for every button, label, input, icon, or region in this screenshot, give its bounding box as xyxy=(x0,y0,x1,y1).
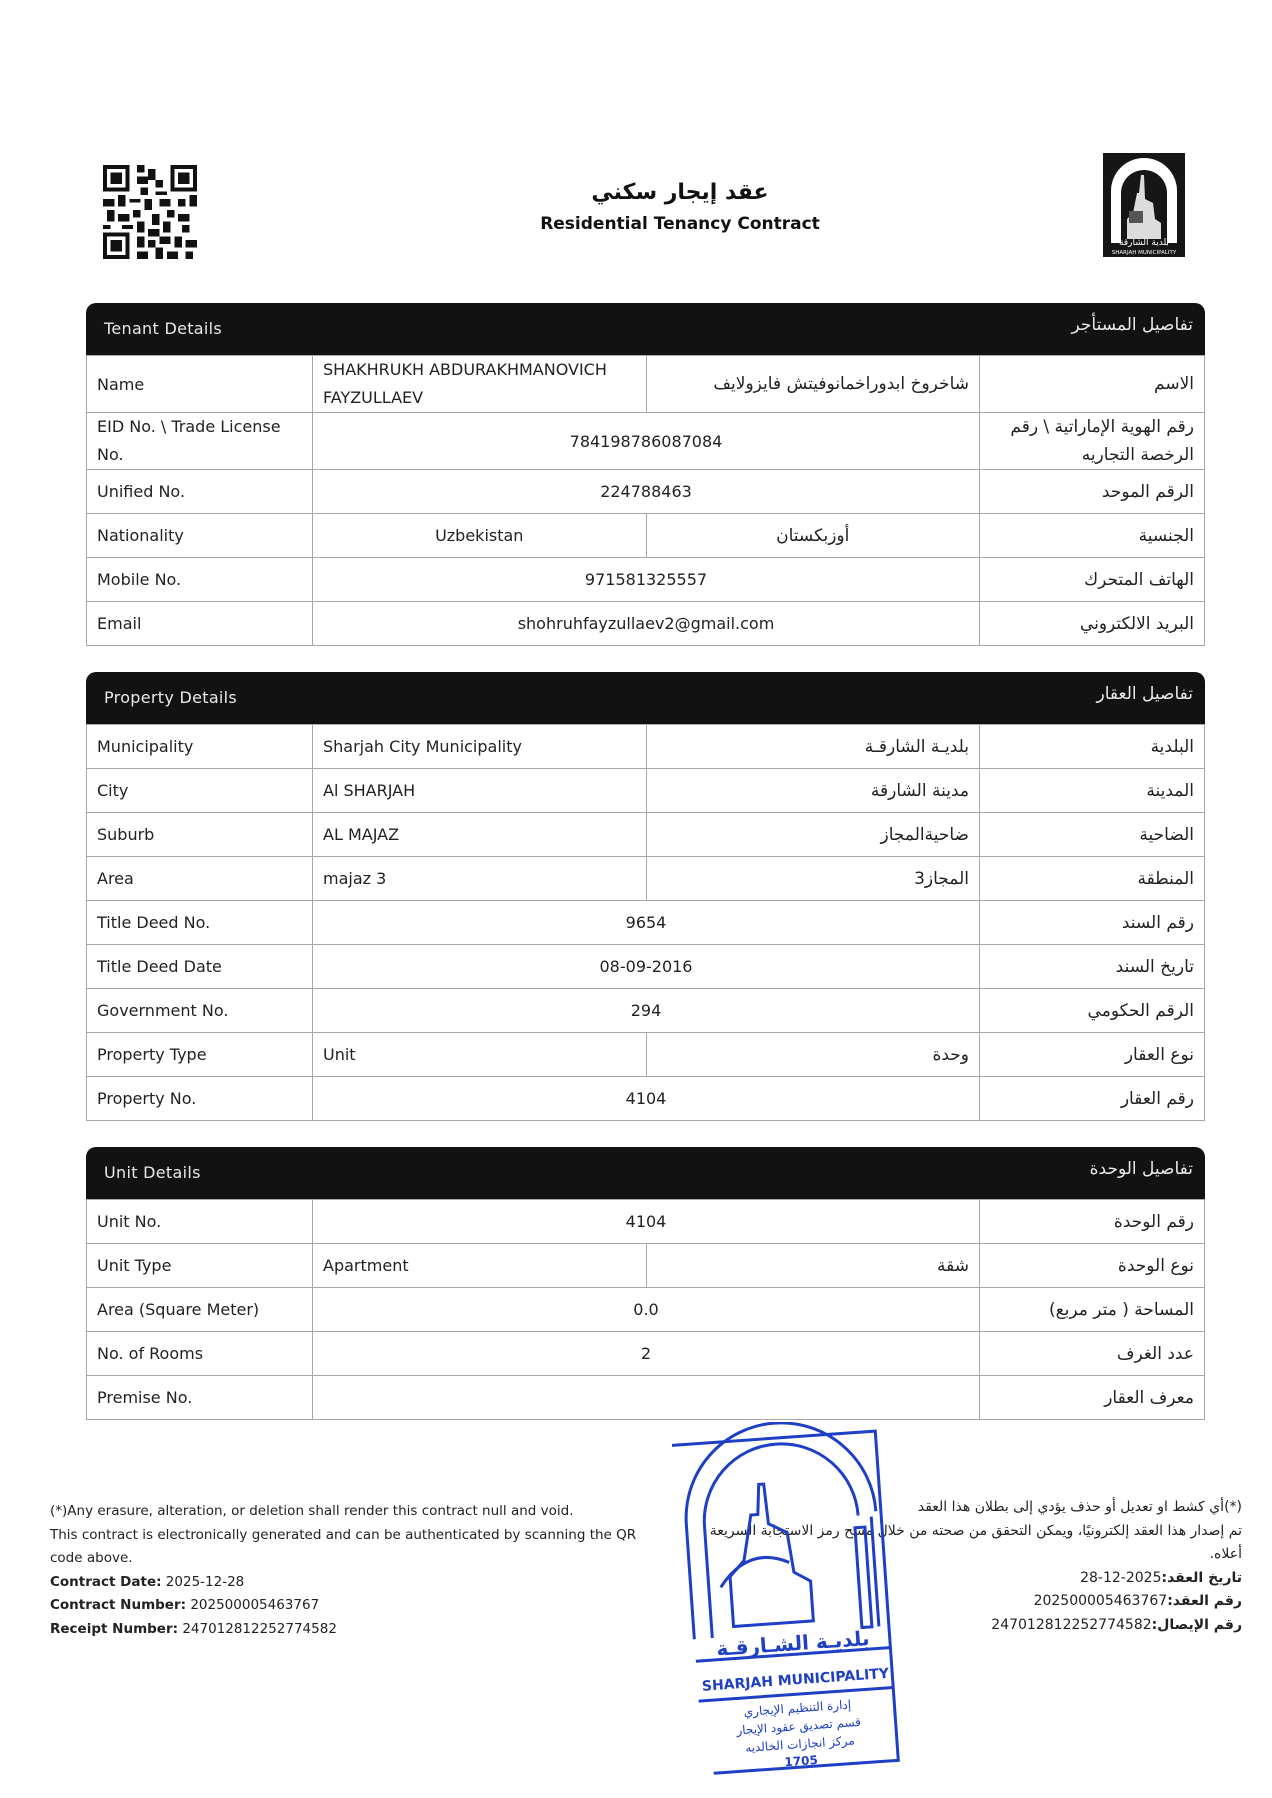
receipt-number-label-arabic: رقم الإيصال: xyxy=(1152,1617,1242,1633)
qr-code-icon xyxy=(103,165,197,259)
table-row: Property No. 4104 رقم العقار xyxy=(87,1077,1205,1121)
row-label-arabic: الاسم xyxy=(980,356,1205,413)
contract-date-value: 2025-12-28 xyxy=(166,1574,244,1590)
table-row: Municipality Sharjah City Municipality ب… xyxy=(87,725,1205,769)
svg-text:بلدية الشارقة: بلدية الشارقة xyxy=(1119,238,1169,248)
table-row: Suburb AL MAJAZ ضاحيةالمجاز الضاحية xyxy=(87,813,1205,857)
email-value: shohruhfayzullaev2@gmail.com xyxy=(313,602,980,646)
row-label: Nationality xyxy=(87,514,313,558)
row-label: City xyxy=(87,769,313,813)
property-details-header: Property Details تفاصيل العقار xyxy=(86,672,1205,724)
row-label: Property No. xyxy=(87,1077,313,1121)
footer-note-void: (*)Any erasure, alteration, or deletion … xyxy=(50,1500,650,1524)
receipt-number-value: 247012812252774582 xyxy=(182,1621,337,1637)
contract-date-label-arabic: تاريخ العقد: xyxy=(1161,1570,1242,1586)
property-type-value: Unit xyxy=(313,1033,647,1077)
row-label: Government No. xyxy=(87,989,313,1033)
contract-number-value: 202500005463767 xyxy=(190,1597,319,1613)
row-label: Suburb xyxy=(87,813,313,857)
row-label: EID No. \ Trade License No. xyxy=(87,413,313,470)
official-stamp-icon: بلديـة الشـارقـة SHARJAH MUNICIPALITY إد… xyxy=(672,1422,922,1782)
table-row: Area (Square Meter) 0.0 المساحة ( متر مر… xyxy=(87,1288,1205,1332)
table-row: Unified No. 224788463 الرقم الموحد xyxy=(87,470,1205,514)
area-value: majaz 3 xyxy=(313,857,647,901)
row-label: Mobile No. xyxy=(87,558,313,602)
city-value-arabic: مدينة الشارقة xyxy=(646,769,980,813)
svg-text:مركز انجازات الخالديه: مركز انجازات الخالديه xyxy=(745,1733,855,1756)
contract-number-label: Contract Number: xyxy=(50,1597,186,1613)
eid-value: 784198786087084 xyxy=(313,413,980,470)
table-row: Mobile No. 971581325557 الهاتف المتحرك xyxy=(87,558,1205,602)
table-row: Title Deed Date 08-09-2016 تاريخ السند xyxy=(87,945,1205,989)
row-label: No. of Rooms xyxy=(87,1332,313,1376)
title-deed-no-value: 9654 xyxy=(313,901,980,945)
footer-english: (*)Any erasure, alteration, or deletion … xyxy=(50,1500,650,1641)
nationality-value-arabic: أوزبكستان xyxy=(646,514,980,558)
row-label-arabic: المدينة xyxy=(980,769,1205,813)
row-label: Premise No. xyxy=(87,1376,313,1420)
row-label-arabic: نوع العقار xyxy=(980,1033,1205,1077)
row-label: Area xyxy=(87,857,313,901)
row-label: Unit Type xyxy=(87,1244,313,1288)
tenant-details-section: Tenant Details تفاصيل المستأجر Name SHAK… xyxy=(86,303,1205,646)
table-row: No. of Rooms 2 عدد الغرف xyxy=(87,1332,1205,1376)
row-label-arabic: الجنسية xyxy=(980,514,1205,558)
property-details-table: Municipality Sharjah City Municipality ب… xyxy=(86,724,1205,1121)
row-label-arabic: البريد الالكتروني xyxy=(980,602,1205,646)
table-row: EID No. \ Trade License No. 784198786087… xyxy=(87,413,1205,470)
section-title-arabic: تفاصيل الوحدة xyxy=(1090,1159,1193,1179)
area-sqm-value: 0.0 xyxy=(313,1288,980,1332)
municipality-value-arabic: بلديـة الشارقـة xyxy=(646,725,980,769)
row-label-arabic: البلدية xyxy=(980,725,1205,769)
document-title-arabic: عقد إيجار سكني xyxy=(430,180,930,205)
row-label-arabic: الضاحية xyxy=(980,813,1205,857)
name-value: SHAKHRUKH ABDURAKHMANOVICH FAYZULLAEV xyxy=(313,356,647,413)
section-title-arabic: تفاصيل المستأجر xyxy=(1072,315,1193,335)
svg-text:1705: 1705 xyxy=(784,1753,818,1769)
document-title: Residential Tenancy Contract xyxy=(430,214,930,234)
receipt-number: Receipt Number: 247012812252774582 xyxy=(50,1618,650,1642)
section-title: Tenant Details xyxy=(104,319,222,338)
row-label-arabic: الرقم الحكومي xyxy=(980,989,1205,1033)
government-no-value: 294 xyxy=(313,989,980,1033)
contract-number: Contract Number: 202500005463767 xyxy=(50,1594,650,1618)
municipality-value: Sharjah City Municipality xyxy=(313,725,647,769)
row-label: Unit No. xyxy=(87,1200,313,1244)
table-row: Property Type Unit وحدة نوع العقار xyxy=(87,1033,1205,1077)
unit-details-table: Unit No. 4104 رقم الوحدة Unit Type Apart… xyxy=(86,1199,1205,1420)
section-title: Unit Details xyxy=(104,1163,201,1182)
row-label-arabic: رقم الهوية الإماراتية \ رقم الرخصة التجا… xyxy=(980,413,1205,470)
row-label-arabic: معرف العقار xyxy=(980,1376,1205,1420)
row-label: Title Deed Date xyxy=(87,945,313,989)
row-label-arabic: رقم العقار xyxy=(980,1077,1205,1121)
row-label-arabic: نوع الوحدة xyxy=(980,1244,1205,1288)
unified-no-value: 224788463 xyxy=(313,470,980,514)
table-row: Email shohruhfayzullaev2@gmail.com البري… xyxy=(87,602,1205,646)
row-label: Title Deed No. xyxy=(87,901,313,945)
row-label-arabic: عدد الغرف xyxy=(980,1332,1205,1376)
receipt-number-value-arabic: 247012812252774582 xyxy=(991,1617,1151,1633)
rooms-value: 2 xyxy=(313,1332,980,1376)
contract-number-label-arabic: رقم العقد: xyxy=(1167,1593,1242,1609)
table-row: Area majaz 3 المجاز3 المنطقة xyxy=(87,857,1205,901)
table-row: City Al SHARJAH مدينة الشارقة المدينة xyxy=(87,769,1205,813)
row-label-arabic: المنطقة xyxy=(980,857,1205,901)
property-details-section: Property Details تفاصيل العقار Municipal… xyxy=(86,672,1205,1121)
suburb-value: AL MAJAZ xyxy=(313,813,647,857)
contract-number-value-arabic: 202500005463767 xyxy=(1034,1593,1168,1609)
row-label: Email xyxy=(87,602,313,646)
city-value: Al SHARJAH xyxy=(313,769,647,813)
row-label: Name xyxy=(87,356,313,413)
mobile-value: 971581325557 xyxy=(313,558,980,602)
table-row: Premise No. معرف العقار xyxy=(87,1376,1205,1420)
row-label-arabic: تاريخ السند xyxy=(980,945,1205,989)
unit-details-header: Unit Details تفاصيل الوحدة xyxy=(86,1147,1205,1199)
contract-date-label: Contract Date: xyxy=(50,1574,162,1590)
table-row: Government No. 294 الرقم الحكومي xyxy=(87,989,1205,1033)
table-row: Nationality Uzbekistan أوزبكستان الجنسية xyxy=(87,514,1205,558)
property-type-value-arabic: وحدة xyxy=(646,1033,980,1077)
row-label-arabic: رقم السند xyxy=(980,901,1205,945)
svg-text:SHARJAH MUNICIPALITY: SHARJAH MUNICIPALITY xyxy=(1112,250,1177,256)
nationality-value: Uzbekistan xyxy=(313,514,647,558)
contract-date: Contract Date: 2025-12-28 xyxy=(50,1571,650,1595)
sharjah-municipality-logo-icon: بلدية الشارقة SHARJAH MUNICIPALITY xyxy=(1103,153,1185,257)
row-label-arabic: رقم الوحدة xyxy=(980,1200,1205,1244)
row-label: Property Type xyxy=(87,1033,313,1077)
row-label-arabic: المساحة ( متر مربع) xyxy=(980,1288,1205,1332)
table-row: Unit No. 4104 رقم الوحدة xyxy=(87,1200,1205,1244)
row-label: Area (Square Meter) xyxy=(87,1288,313,1332)
title-deed-date-value: 08-09-2016 xyxy=(313,945,980,989)
table-row: Unit Type Apartment شقة نوع الوحدة xyxy=(87,1244,1205,1288)
table-row: Name SHAKHRUKH ABDURAKHMANOVICH FAYZULLA… xyxy=(87,356,1205,413)
unit-no-value: 4104 xyxy=(313,1200,980,1244)
table-row: Title Deed No. 9654 رقم السند xyxy=(87,901,1205,945)
property-no-value: 4104 xyxy=(313,1077,980,1121)
receipt-number-label: Receipt Number: xyxy=(50,1621,178,1637)
section-title-arabic: تفاصيل العقار xyxy=(1097,684,1193,704)
suburb-value-arabic: ضاحيةالمجاز xyxy=(646,813,980,857)
tenant-details-header: Tenant Details تفاصيل المستأجر xyxy=(86,303,1205,355)
row-label-arabic: الرقم الموحد xyxy=(980,470,1205,514)
unit-type-value: Apartment xyxy=(313,1244,647,1288)
row-label-arabic: الهاتف المتحرك xyxy=(980,558,1205,602)
tenant-details-table: Name SHAKHRUKH ABDURAKHMANOVICH FAYZULLA… xyxy=(86,355,1205,646)
row-label: Unified No. xyxy=(87,470,313,514)
footer-note-authenticate: This contract is electronically generate… xyxy=(50,1524,650,1571)
section-title: Property Details xyxy=(104,688,237,707)
contract-date-value-arabic: 2025-12-28 xyxy=(1080,1570,1161,1586)
row-label: Municipality xyxy=(87,725,313,769)
unit-details-section: Unit Details تفاصيل الوحدة Unit No. 4104… xyxy=(86,1147,1205,1420)
premise-no-value xyxy=(313,1376,980,1420)
area-value-arabic: المجاز3 xyxy=(646,857,980,901)
unit-type-value-arabic: شقة xyxy=(646,1244,980,1288)
name-value-arabic: شاخروخ ابدوراخمانوفيتش فايزولايف xyxy=(646,356,980,413)
